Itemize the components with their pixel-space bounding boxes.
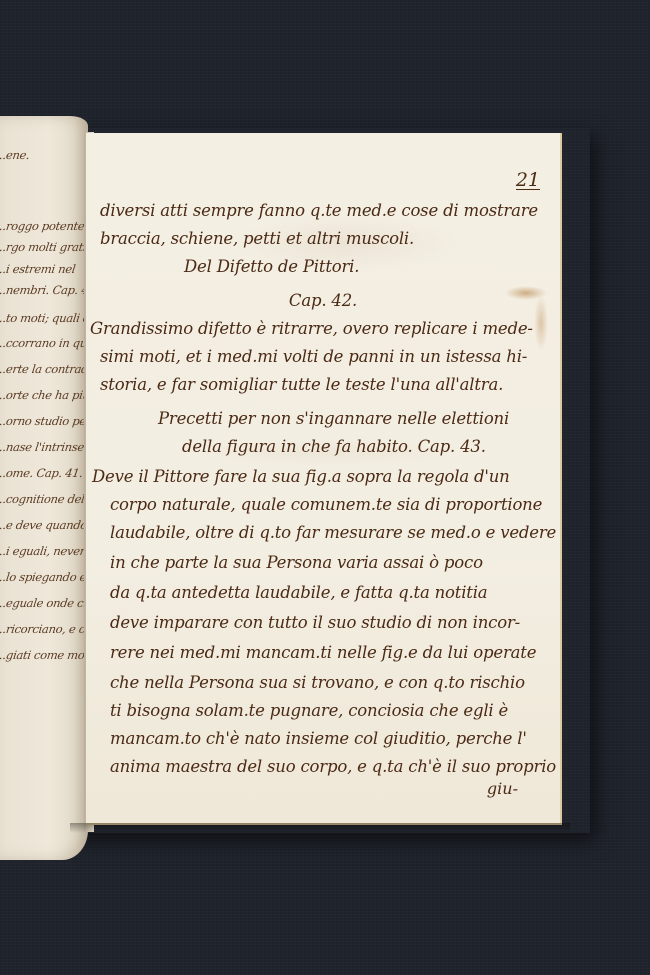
text-line: Deve il Pittore fare la sua fig.a sopra … — [92, 467, 510, 486]
text-line: laudabile, oltre di q.to far mesurare se… — [110, 523, 556, 542]
left-text-line: ...i estremi nel — [0, 262, 76, 276]
left-text-line: ...nembri. Cap. 40. — [0, 283, 88, 297]
chapter-number: Cap. 42. — [86, 291, 560, 310]
left-text-line: ...eguale onde creare — [0, 596, 88, 610]
left-text-line: ...roggo potente sua q.ta — [0, 219, 88, 233]
left-text-line: ...ome. Cap. 41. — [0, 466, 84, 480]
text-line: ti bisogna solam.te pugnare, conciosia c… — [110, 701, 508, 720]
left-text-line: ...erte la contrade, quali parti — [0, 362, 88, 376]
left-text-line: ...to moti; quali dimostra — [0, 311, 88, 325]
right-page: 21 diversi atti sempre fanno q.te med.e … — [86, 133, 562, 825]
left-text-line: ...e deve quando nel — [0, 518, 88, 532]
catchword: giu- — [487, 779, 518, 798]
left-text-line: ...nase l'intrinseca forma — [0, 440, 88, 454]
left-text-line: ...rgo molti grati. — [0, 240, 88, 254]
text-line: storia, e far somigliar tutte le teste l… — [100, 375, 503, 394]
left-text-line: ...orno studio per suo — [0, 414, 88, 428]
text-line: anima maestra del suo corpo, e q.ta ch'è… — [110, 757, 556, 776]
left-text-line: ...lo spiegando e cogn. — [0, 570, 88, 584]
text-line: braccia, schiene, petti et altri muscoli… — [100, 229, 414, 248]
text-line: deve imparare con tutto il suo studio di… — [110, 613, 520, 632]
text-line: rere nei med.mi mancam.ti nelle fig.e da… — [110, 643, 536, 662]
text-line: simi moti, et i med.mi volti de panni in… — [100, 347, 527, 366]
left-page-fragment: ...ene. ...roggo potente sua q.ta ...rgo… — [0, 116, 88, 860]
text-line: da q.ta antedetta laudabile, e fatta q.t… — [110, 583, 487, 602]
left-text-line: ...cognitione della natura — [0, 492, 88, 506]
left-text-line: ...i eguali, neveri nel — [0, 544, 88, 558]
page-shadow — [70, 823, 570, 833]
left-text-line: ...ccorrano in qualunque — [0, 336, 88, 350]
left-text-line: ...giati come molti fu — [0, 648, 88, 662]
text-line: che nella Persona sua si trovano, e con … — [110, 673, 525, 692]
chapter-heading: della figura in che fa habito. Cap. 43. — [182, 437, 486, 456]
left-text-line: ...ricorciano, e cosi — [0, 622, 88, 636]
text-line: mancam.to ch'è nato insieme col giuditio… — [110, 729, 527, 748]
chapter-heading: Precetti per non s'ingannare nelle elett… — [158, 409, 509, 428]
text-line: diversi atti sempre fanno q.te med.e cos… — [100, 201, 538, 220]
left-text-line: ...ene. — [0, 148, 31, 162]
text-line: in che parte la sua Persona varia assai … — [110, 553, 483, 572]
chapter-heading: Del Difetto de Pittori. — [184, 257, 359, 276]
left-text-line: ...orte che ha più bello — [0, 388, 88, 402]
text-line: corpo naturale, quale comunem.te sia di … — [110, 495, 542, 514]
folio-number: 21 — [516, 171, 540, 190]
text-line: Grandissimo difetto è ritrarre, overo re… — [90, 319, 533, 338]
